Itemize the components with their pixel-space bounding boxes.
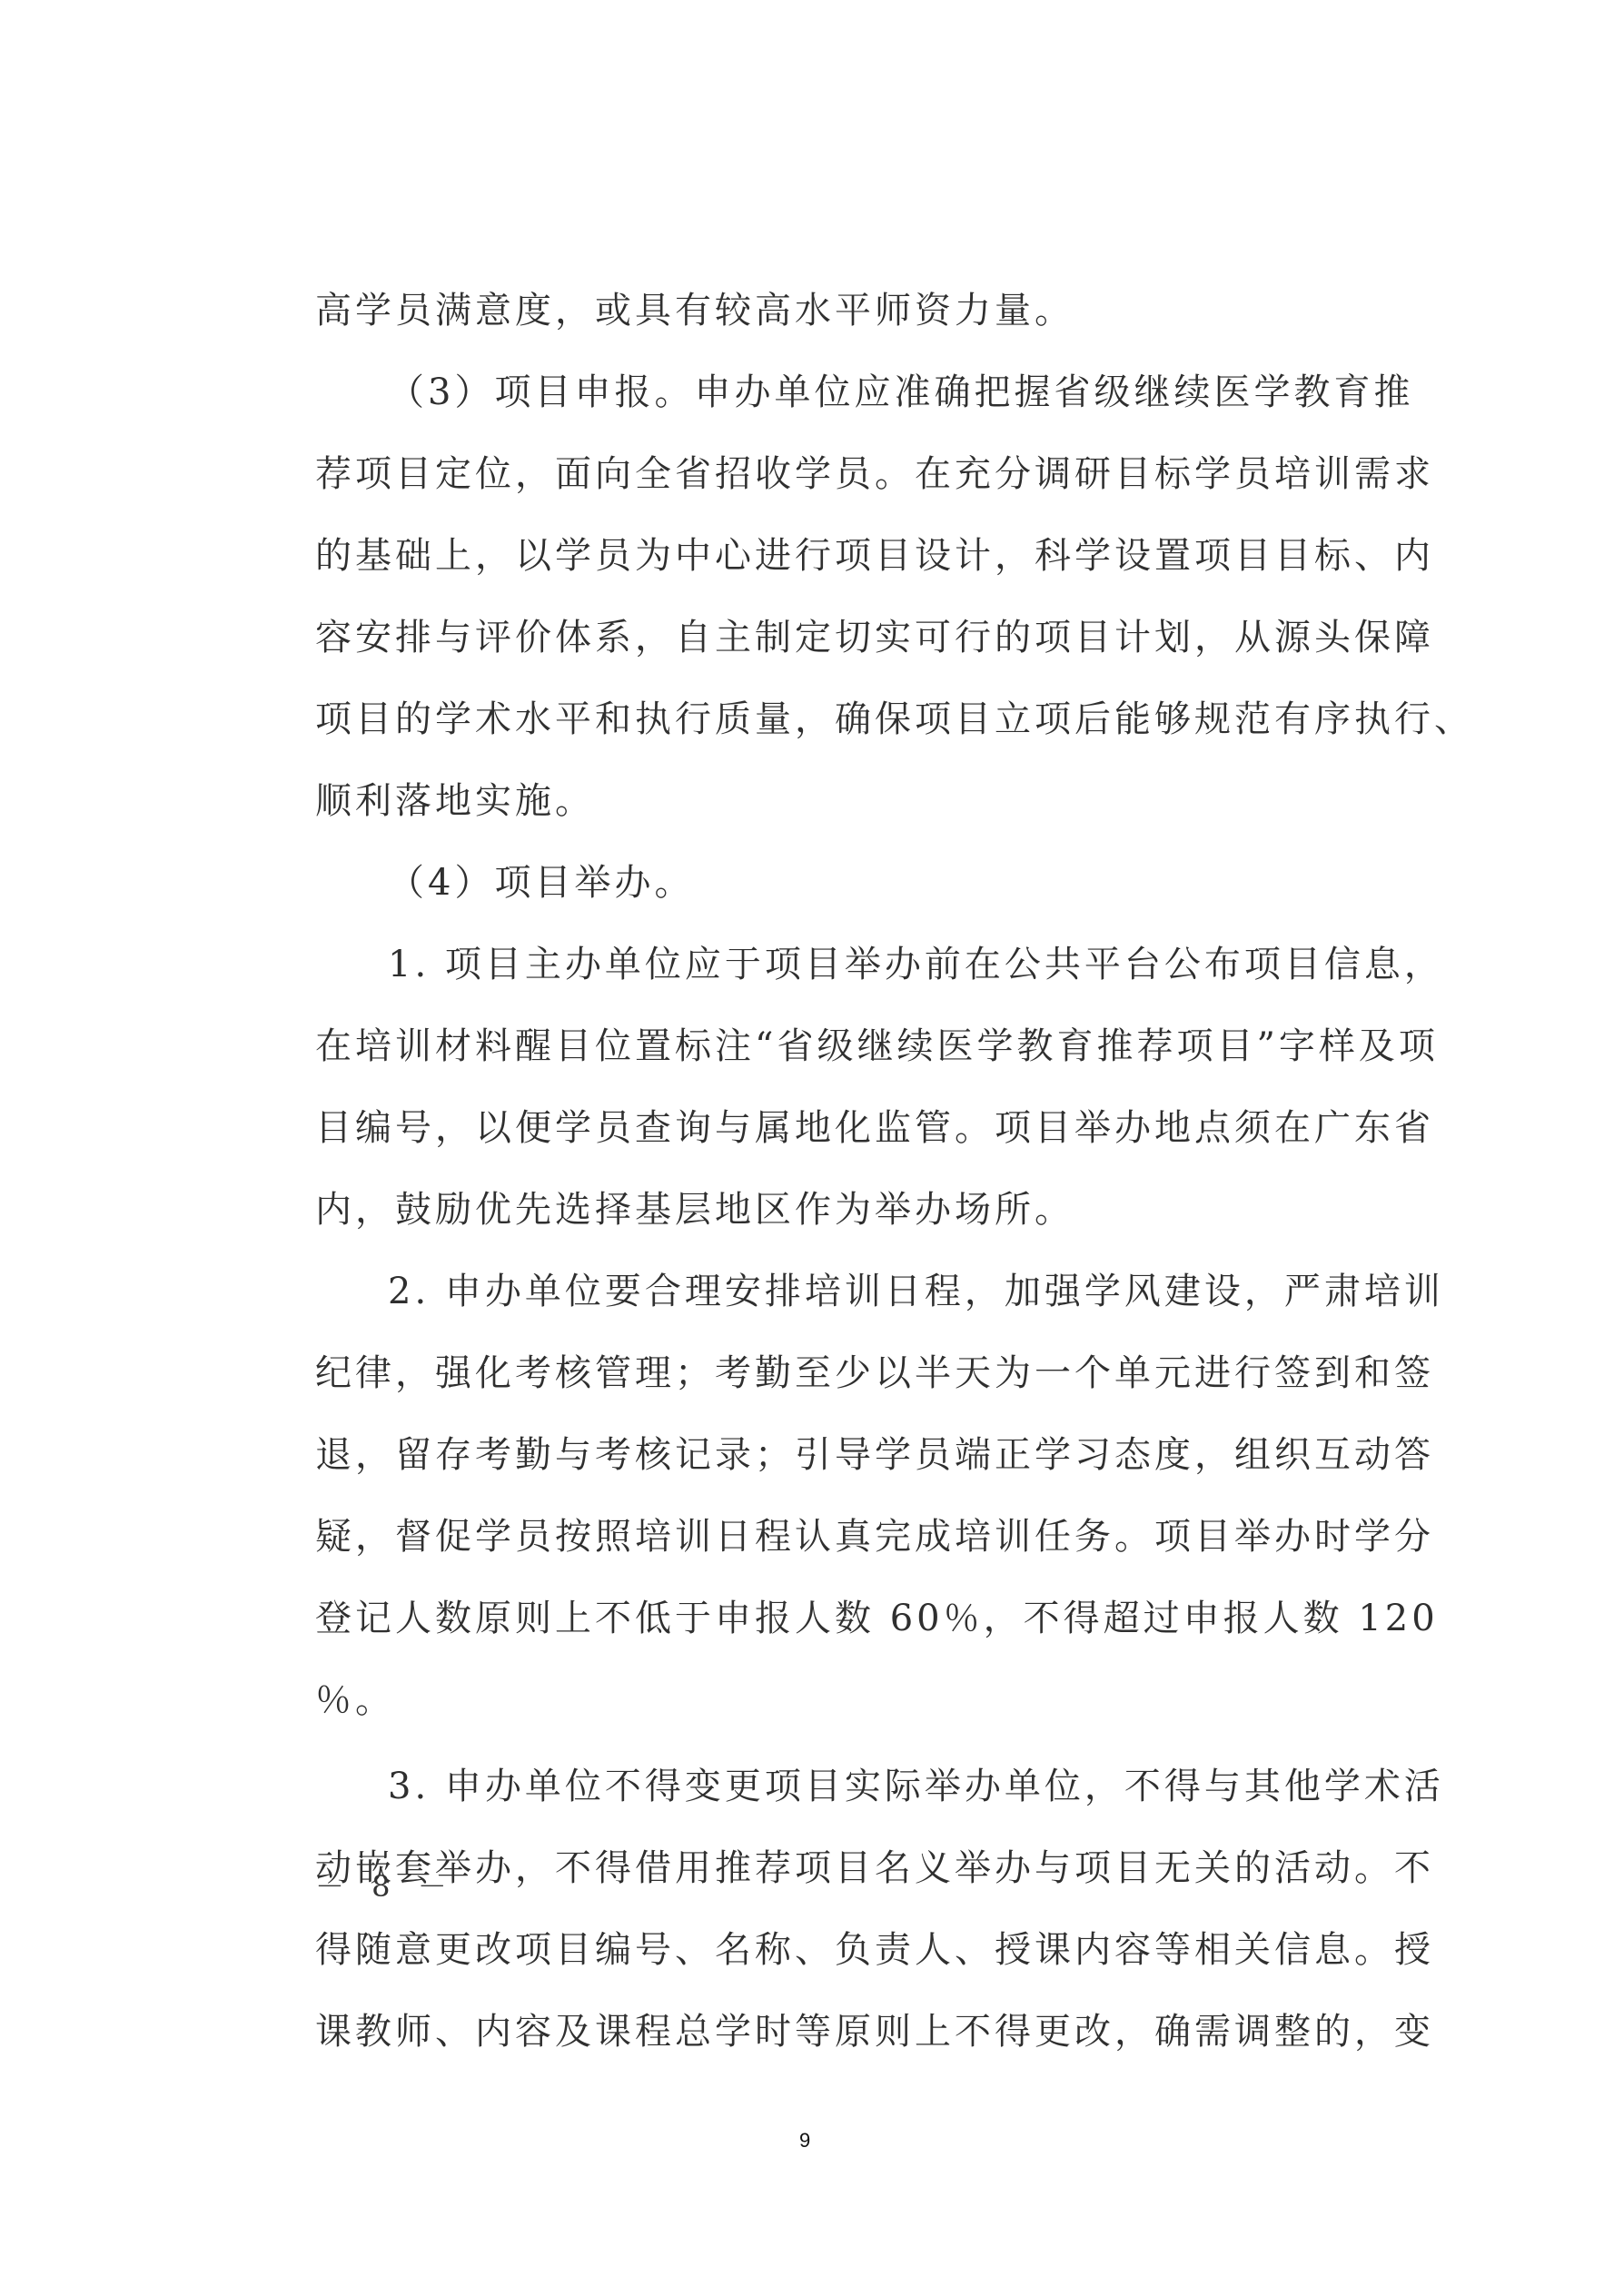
text-line: 3. 申办单位不得变更项目实际举办单位，不得与其他学术活: [388, 1765, 1444, 1808]
text-line: 高学员满意度，或具有较高水平师资力量。: [315, 289, 1074, 332]
text-line: 的基础上，以学员为中心进行项目设计，科学设置项目目标、内: [315, 534, 1434, 578]
text-line: 容安排与评价体系，自主制定切实可行的项目计划，从源头保障: [315, 616, 1434, 659]
text-line: 动嵌套举办，不得借用推荐项目名义举办与项目无关的活动。不: [315, 1846, 1434, 1890]
text-line: 2. 申办单位要合理安排培训日程，加强学风建设，严肃培训: [388, 1270, 1444, 1313]
text-line: 项目的学术水平和执行质量，确保项目立项后能够规范有序执行、: [315, 698, 1474, 741]
text-line: 课教师、内容及课程总学时等原则上不得更改，确需调整的，变: [315, 2010, 1434, 2054]
text-line: 荐项目定位，面向全省招收学员。在充分调研目标学员培训需求: [315, 452, 1434, 496]
scanned-page-number: － 8 －: [315, 1864, 456, 1905]
footer-page-number: 9: [799, 2129, 810, 2152]
text-line: ％。: [315, 1678, 395, 1722]
text-line: 纪律，强化考核管理；考勤至少以半天为一个单元进行签到和签: [315, 1351, 1434, 1395]
text-line: 在培训材料醒目位置标注“省级继续医学教育推荐项目”字样及项: [315, 1024, 1439, 1068]
text-line: 顺利落地实施。: [315, 779, 595, 823]
text-line: 1. 项目主办单位应于项目举办前在公共平台公布项目信息，: [388, 943, 1444, 986]
document-page: 高学员满意度，或具有较高水平师资力量。 （3）项目申报。申办单位应准确把握省级继…: [0, 0, 1624, 2296]
text-line: 登记人数原则上不低于申报人数 60％，不得超过申报人数 120: [315, 1597, 1439, 1640]
text-line: （3）项目申报。申办单位应准确把握省级继续医学教育推: [388, 371, 1413, 414]
text-line: 内，鼓励优先选择基层地区作为举办场所。: [315, 1188, 1074, 1232]
text-line: 疑，督促学员按照培训日程认真完成培训任务。项目举办时学分: [315, 1515, 1434, 1559]
text-line: （4）项目举办。: [388, 861, 694, 905]
text-line: 目编号，以便学员查询与属地化监管。项目举办地点须在广东省: [315, 1106, 1434, 1150]
text-line: 退，留存考勤与考核记录；引导学员端正学习态度，组织互动答: [315, 1433, 1434, 1477]
text-line: 得随意更改项目编号、名称、负责人、授课内容等相关信息。授: [315, 1928, 1434, 1972]
